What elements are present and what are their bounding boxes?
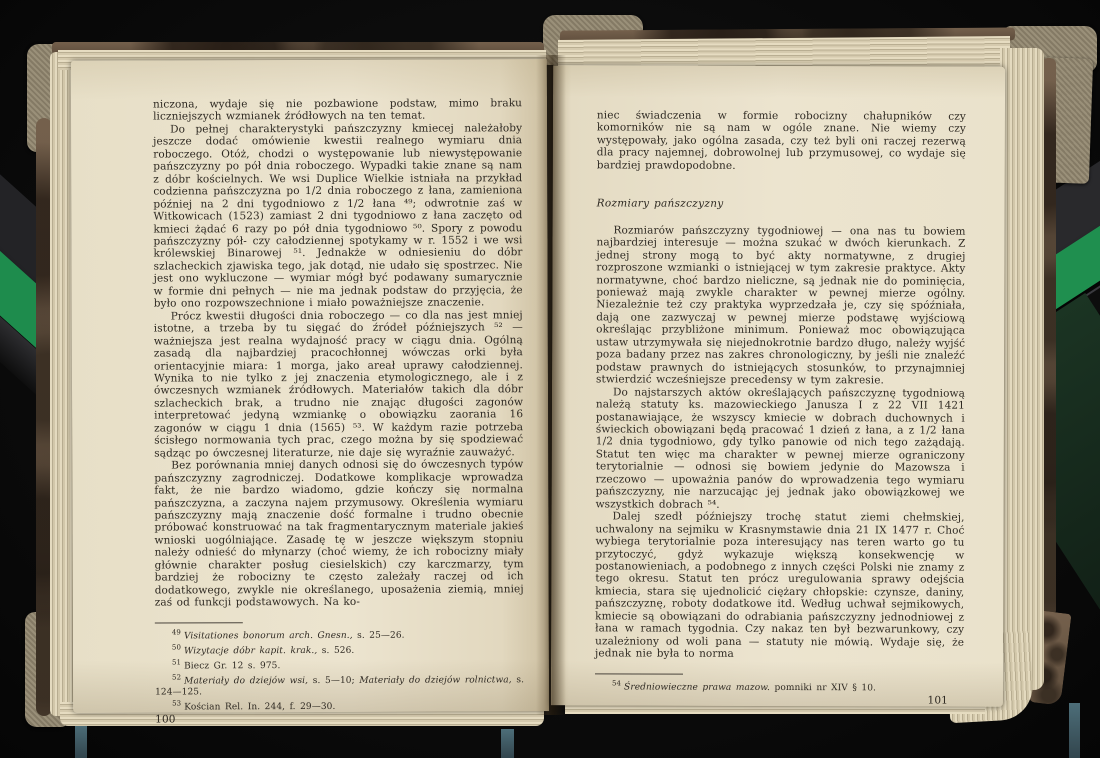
footnote: 51Biecz Gr. 12 s. 975.	[155, 656, 524, 672]
footnote-text: s. 526.	[317, 645, 354, 655]
paragraph: Rozmiarów pańszczyzny tygodniowej — ona …	[596, 224, 966, 387]
footnote-number: 51	[172, 658, 181, 666]
paragraph: niec świadczenia w formie robocizny chał…	[597, 109, 966, 173]
footnote-text: s. 5—10;	[308, 675, 359, 685]
left-footnotes: 49Visitationes bonorum arch. Gnesn., s. …	[155, 621, 524, 713]
footnote-number: 52	[172, 673, 181, 681]
paragraph: Do najstarszych aktów określających pańs…	[596, 386, 965, 512]
paragraph: Do pełnej charakterystyki pańszczyzny km…	[153, 122, 523, 310]
footnote-number: 54	[612, 679, 621, 687]
footnote: 49Visitationes bonorum arch. Gnesn., s. …	[155, 626, 524, 642]
left-page: niczona, wydaje się nie pozbawione podst…	[71, 59, 549, 713]
footnote-text: Średniowieczne prawa mazow.	[624, 682, 770, 693]
cradle-post-left	[75, 724, 87, 758]
footnote-number: 53	[172, 699, 181, 707]
footnote-text: pomniki nr XIV § 10.	[770, 683, 876, 693]
paragraph: Prócz kwestii długości dnia roboczego — …	[154, 309, 524, 460]
right-footnotes: 54Średniowieczne prawa mazow. pomniki nr…	[595, 673, 964, 694]
footnote: 50Wizytacje dóbr kapit. krak., s. 526.	[155, 641, 524, 657]
left-page-text-column: niczona, wydaje się nie pozbawione podst…	[153, 97, 524, 725]
footnote-text: Materiały do dziejów wsi,	[184, 676, 308, 686]
paragraph: Bez porównania mniej danych odnosi się d…	[154, 458, 524, 609]
footnote-text: Materiały do dziejów rolnictwa,	[359, 675, 511, 686]
book-scan-scene: niczona, wydaje się nie pozbawione podst…	[0, 0, 1100, 758]
right-page-text-column: niec świadczenia w formie robocizny chał…	[595, 109, 966, 706]
paragraph: Dalej szedł późniejszy trochę statut zie…	[595, 511, 965, 662]
footnote-separator	[595, 673, 683, 674]
footnote-text: Wizytacje dóbr kapit. krak.,	[184, 646, 317, 656]
page-number: 100	[155, 712, 524, 726]
footnote-text: Kościan Rel. In. 244, f. 29—30.	[184, 701, 335, 712]
section-heading: Rozmiary pańszczyzny	[597, 198, 966, 212]
footnote-separator	[155, 622, 243, 623]
footnote: 54Średniowieczne prawa mazow. pomniki nr…	[595, 678, 964, 694]
page-number: 101	[595, 693, 964, 707]
cradle-post-center	[501, 729, 514, 758]
footnote: 52Materiały do dziejów wsi, s. 5—10; Mat…	[155, 671, 524, 698]
footnote-number: 50	[172, 643, 181, 651]
right-page: niec świadczenia w formie robocizny chał…	[551, 65, 1005, 707]
footnote: 53Kościan Rel. In. 244, f. 29—30.	[155, 697, 524, 713]
footnote-text: s. 25—26.	[353, 630, 405, 640]
footnote-number: 49	[172, 628, 181, 636]
footnote-text: Biecz Gr. 12 s. 975.	[184, 661, 280, 671]
page-block-edge-right	[1042, 58, 1056, 616]
page-edges-right	[1000, 48, 1044, 690]
paragraph: niczona, wydaje się nie pozbawione podst…	[153, 97, 522, 123]
footnote-text: Visitationes bonorum arch. Gnesn.,	[184, 630, 353, 641]
cradle-post-right	[1069, 703, 1080, 758]
